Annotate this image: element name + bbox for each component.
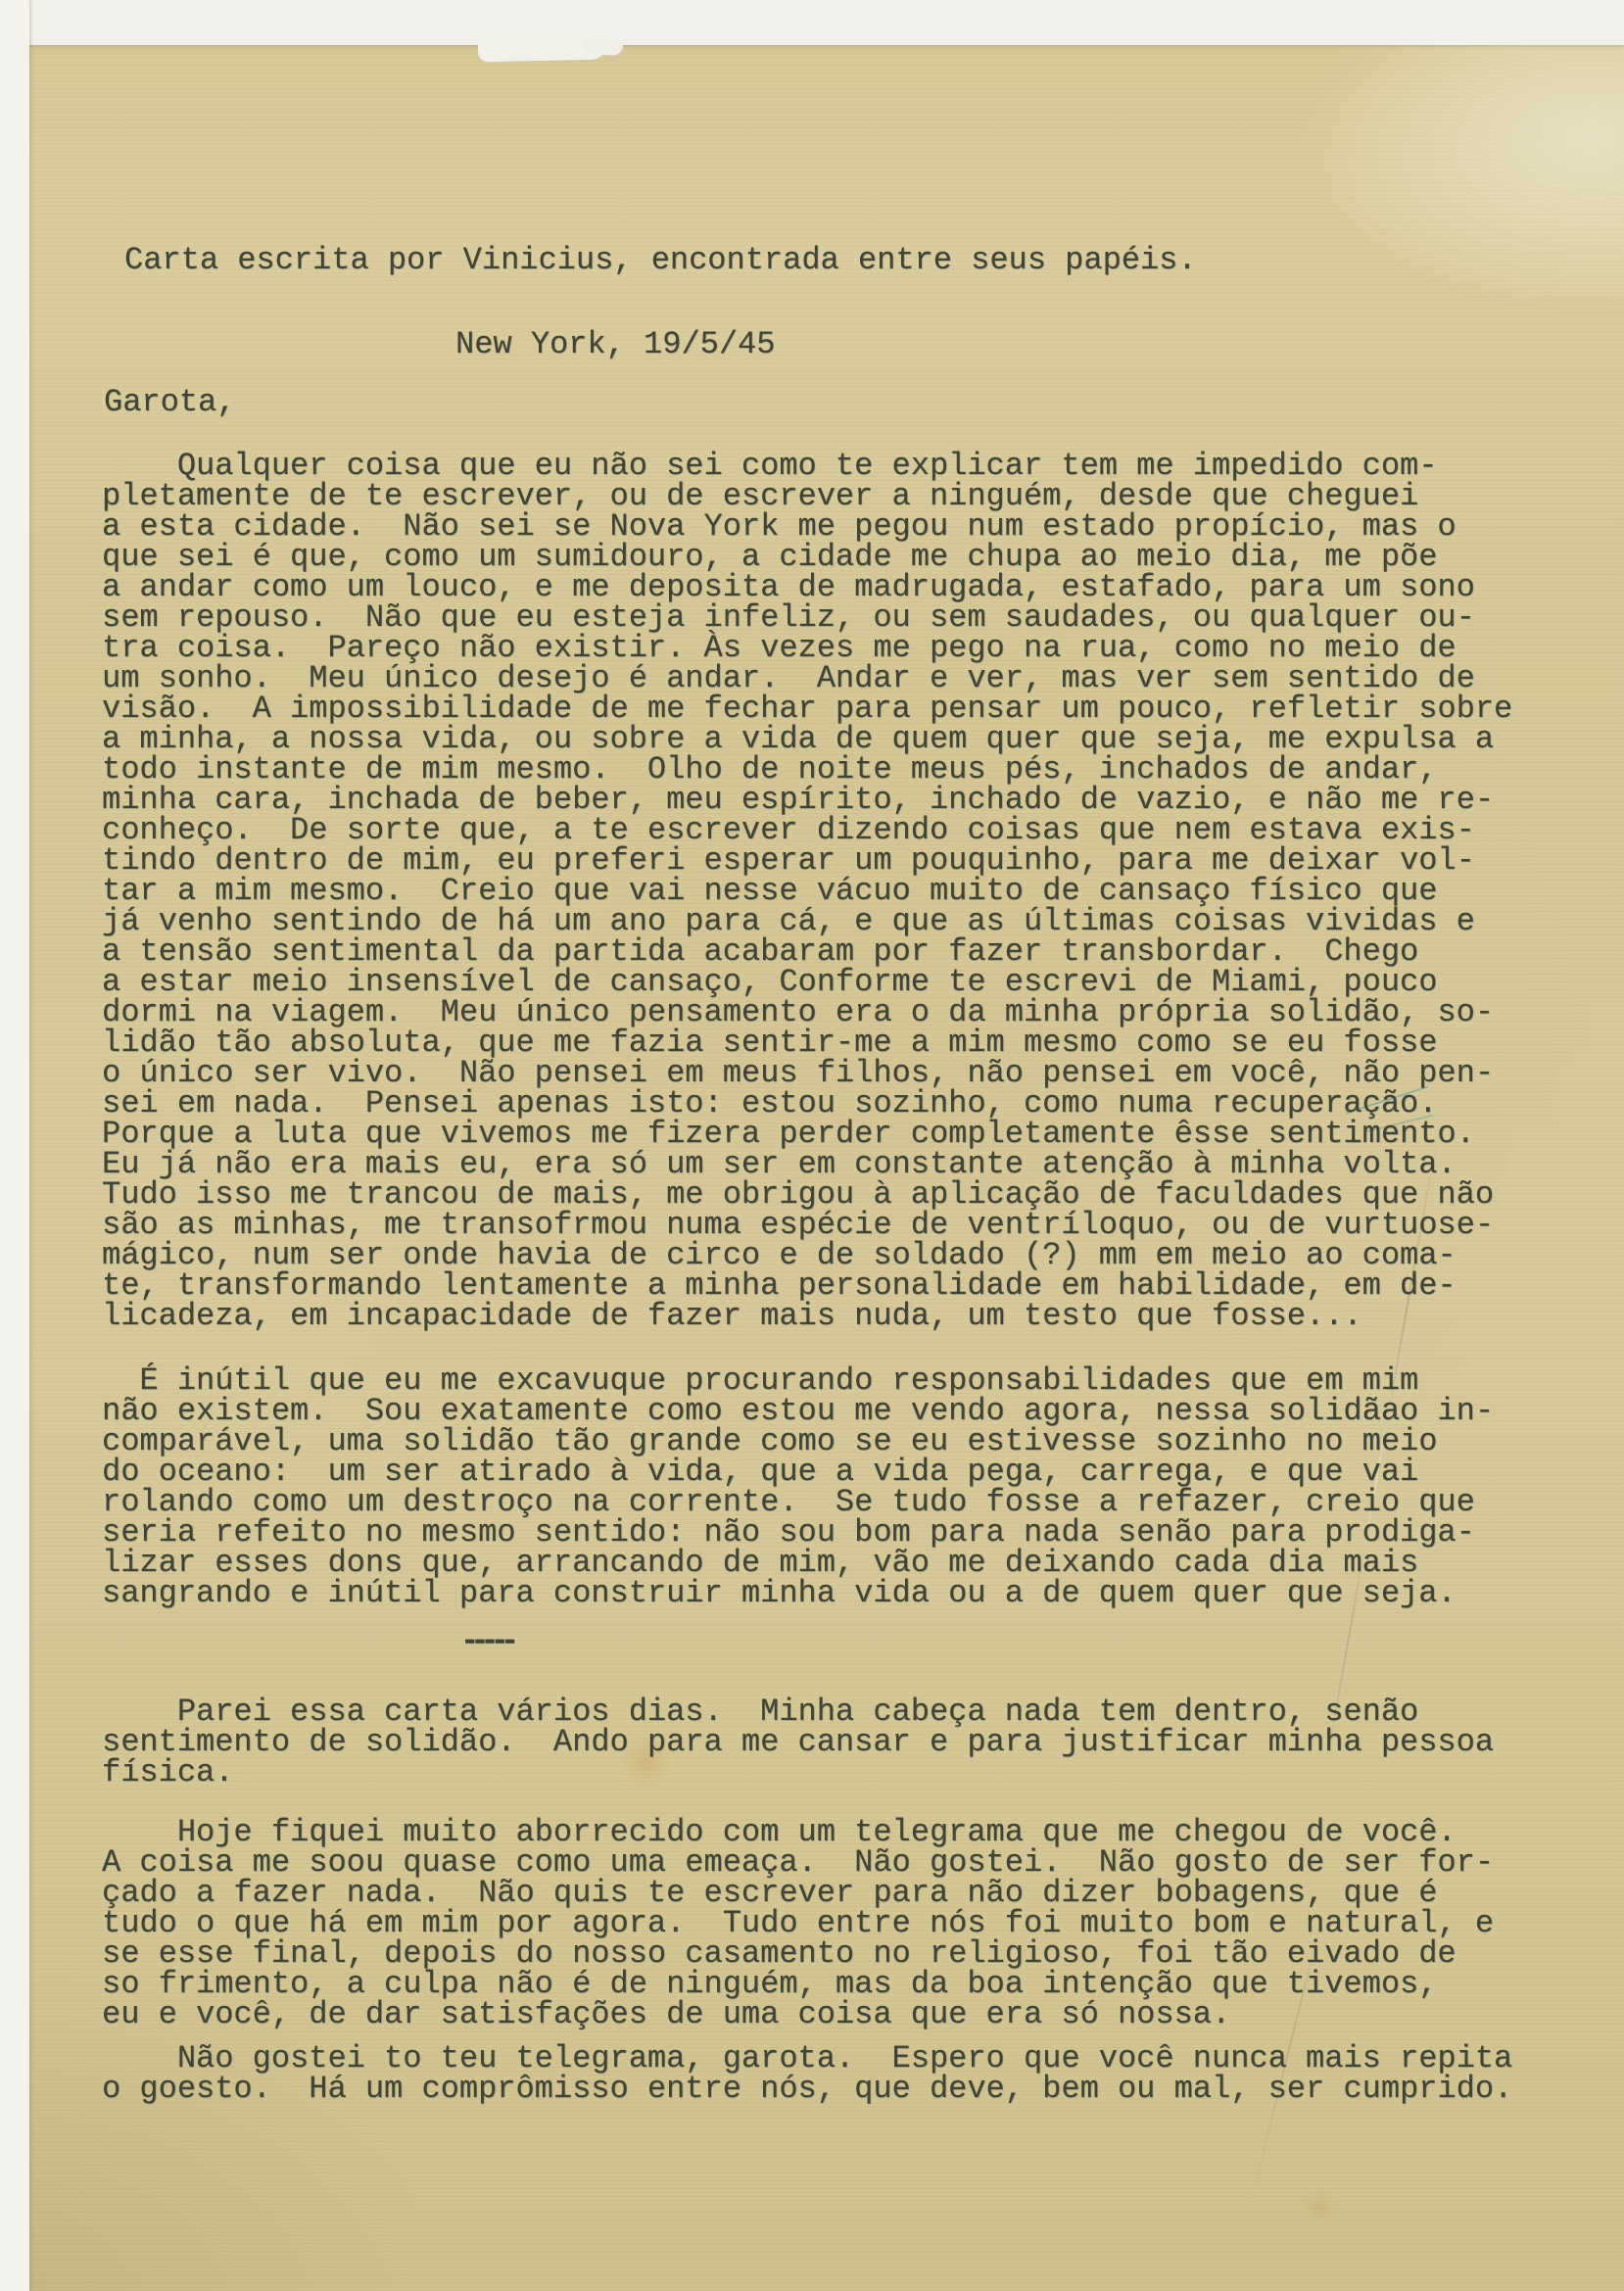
letter-paragraph: É inútil que eu me excavuque procurando … <box>102 1365 1494 1608</box>
letter-dateline: New York, 19/5/45 <box>455 329 775 359</box>
scan-left-margin <box>0 0 29 2291</box>
letter-salutation: Garota, <box>104 387 235 417</box>
scan-top-margin <box>0 0 1624 45</box>
letter-paragraph: Parei essa carta vários dias. Minha cabe… <box>102 1696 1494 1788</box>
letter-paragraph: Qualquer coisa que eu não sei como te ex… <box>102 451 1512 1331</box>
section-separator: ----- <box>460 1626 510 1656</box>
torn-paper-notch <box>584 38 624 55</box>
letter-annotation: Carta escrita por Vinicius, encontrada e… <box>124 245 1197 275</box>
letter-paragraph: Não gostei to teu telegrama, garota. Esp… <box>102 2043 1512 2104</box>
scanned-letter-page: Carta escrita por Vinicius, encontrada e… <box>0 0 1624 2291</box>
letter-paragraph: Hoje fiquei muito aborrecido com um tele… <box>102 1817 1494 2029</box>
